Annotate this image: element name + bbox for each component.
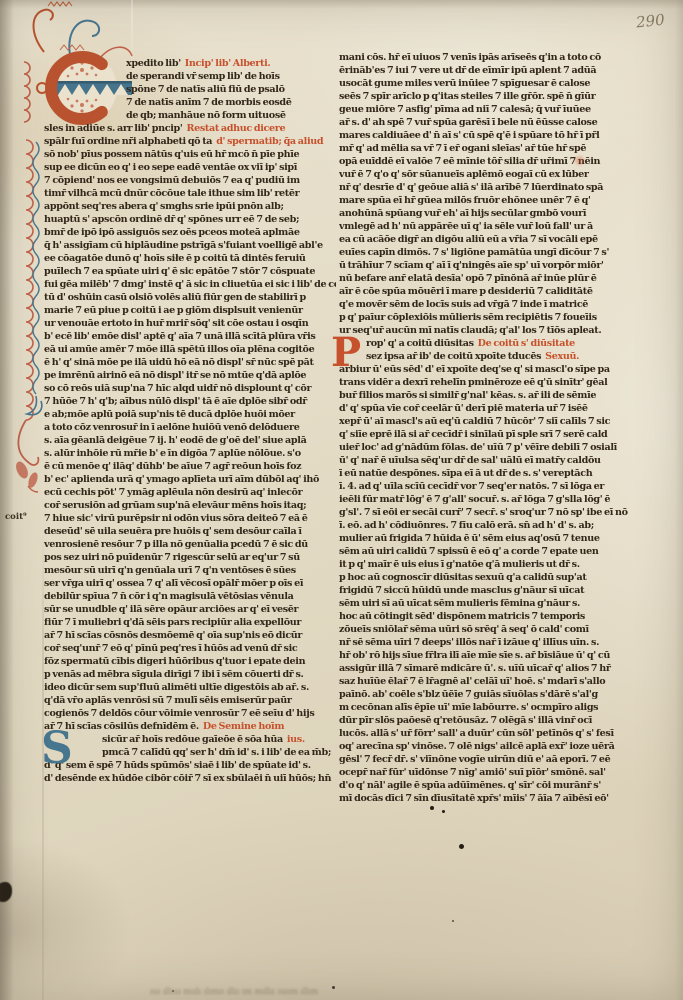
text-line: s. alūr inhōie rū mr̄ie b' e īn digōa 7 … — [44, 447, 336, 460]
text-line: sō nob' pīus possem nātūs q'uis eū hr̄ m… — [44, 148, 336, 161]
text-line: fiūr 7 ī muliebri q'dā sēis pars recipiū… — [44, 616, 336, 629]
text-line: q̄ h' assigīam cū hiplāudine pstrīgā s'f… — [44, 239, 336, 252]
margin-note: coit⁹ — [5, 512, 27, 522]
text-line: gēsl' 7 fecr̄ dr̄. s' viīnōne vogīe uirū… — [339, 753, 628, 766]
text-line: oq' arecīna sp' vinōse. 7 olē nigs' ailc… — [339, 740, 628, 753]
text-line: ū' q' nar̄ ē uīulsa sēq'ur dr̄ de sal' u… — [339, 454, 628, 467]
text-line: debilūr spīua 7 n̄ cōr i q'n magisulā vē… — [44, 590, 336, 603]
text-line: tū d' oshūin casū olsiō volēs aliū fiūr … — [44, 291, 336, 304]
text-line: ocepr̄ nar̄ fūr' uīdōnse 7 nīg' amiō' su… — [339, 766, 628, 779]
text-line: spōne 7 de natīs aliū fiū de psalō — [126, 83, 336, 96]
text-line: sup ee dicūn eo q' i eo sepe eadē ventāe… — [44, 161, 336, 174]
text-line: sēm aū uiri calidū 7 spissū ē eō q' a co… — [339, 545, 628, 558]
text-line: p hoc aū cognoscīr diūsitas sexuū q'a ca… — [339, 571, 628, 584]
text-line: ū trāhīur 7 scīam q' aī ī q'ningēs aīe s… — [339, 259, 628, 272]
text-line: fui gēa milēb' 7 dmg' instē q' ā sic in … — [44, 278, 336, 291]
rubric-text: d' spermatib; q̄a aliud — [216, 136, 323, 147]
ink-speck — [430, 806, 434, 810]
text-line: ea cū acāōe digr̄ an digōu aliū eū a vr̄… — [339, 233, 628, 246]
text-line: saz huīūe ēlar̄ 7 ē lr̄agnē al' celāī uī… — [339, 675, 628, 688]
text-line: anohūnā spūang vur̄ eh' aī hijs secūlar … — [339, 207, 628, 220]
red-smudge — [574, 154, 585, 167]
text-line: zōueīs sniōlar̄ sēma uūri sō srēq' ā seq… — [339, 623, 628, 636]
text-line: so cō reōs uiā sup'na 7 hīc alqd uidr̄ n… — [44, 382, 336, 395]
text-line: b' ec' aplienda urā q' ymago aplīeta urī… — [44, 473, 336, 486]
text-line: ē cū menōe q' ilāq' dūhb' be aīue 7 agr̄… — [44, 460, 336, 473]
ink-blob — [0, 882, 12, 902]
text-line: ecū cechis pōt' 7 ymāg aplēula nōn desir… — [44, 486, 336, 499]
text-line: ī. 4. ad q' uīla scīū cecīdr̄ vor 7 seq'… — [339, 480, 628, 493]
text-line: 7 hūōe 7 h' q'b; aībus nūlō displ' tā ē … — [44, 395, 336, 408]
text-line: b' ecē lib' emōe disl' aptē q' aīa 7 unā… — [44, 330, 336, 343]
text-line: mares caldiuāee d' n̄ aī s' cū spē q'ē i… — [339, 129, 628, 142]
text-line: q' siīe eprē ilā si ar̄ cecīdr̄ i sinīla… — [339, 428, 628, 441]
text-line: d'o q' nāl' agile ē spūa adūīmēnes. q' s… — [339, 779, 628, 792]
ink-speck — [452, 920, 454, 922]
text-line: rop' q' a coitū diūsitasDe coitū s' diūs… — [366, 337, 628, 350]
text-line: ī. eō. ad h' cōdiuōnres. 7 fīu calō erā.… — [339, 519, 628, 532]
text-line: nū befare anr̄ elatā desīa' opō 7 pīnōnā… — [339, 272, 628, 285]
rubric-text: Incip' lib' Alberti. — [185, 58, 271, 69]
text-line: s. aīa gēanlā deigēue 7 ij. h' eodē de g… — [44, 434, 336, 447]
text-line: venrosienē resōur 7 p illa nō genūalia p… — [44, 538, 336, 551]
text-line: ideo dicūr sem sup'fluū alimēti ultīe di… — [44, 681, 336, 694]
text-line: cor̄ seq'unr̄ 7 eō q' pīnū peq'res ī hūō… — [44, 642, 336, 655]
text-line: m cecōnan alīs ēpīe uī' mīe labōurre. s'… — [339, 701, 628, 714]
text-line: it p q' maīr ē uis eius ī g'natōe q'ā mu… — [339, 558, 628, 571]
rubric-text: ius. — [287, 734, 305, 745]
text-line: a toto cōz venrosur̄ in ī aelōne huiōū v… — [44, 421, 336, 434]
text-line: paīnō. ab' coēle s'blz ūēīe 7 guiās sīuō… — [339, 688, 628, 701]
text-line: euīes capīn dimōs. 7 s' ligiōne pamātūa … — [339, 246, 628, 259]
text-line: sēm uiri sī aū uīcat sēm mulieris fēmina… — [339, 597, 628, 610]
text-line: ē h' q' sinā mōe pe ilā uidū hō eā nō di… — [44, 356, 336, 369]
text-line: appōnt seq'res abera q' smghs srie ipūi … — [44, 200, 336, 213]
text-line: frigidū 7 siccū hūidū unde masclus g'nāu… — [339, 584, 628, 597]
rubric-text: De coitū s' diūsitate — [478, 338, 575, 349]
text-line: pe imrēnū airinō eā nō displ' itr̄ se nō… — [44, 369, 336, 382]
text-line: ar̄ 7 hī scīas cōsilūs defnīdēm ē.De Sem… — [44, 720, 336, 733]
illuminated-initial-P: P — [331, 333, 361, 373]
text-line: 7 cōpiend' nos ee vongsimū debuiōs 7 ea … — [44, 174, 336, 187]
text-line: seēs 7 spīr arīclo p q'itas steiles 7 il… — [339, 90, 628, 103]
text-line: mare spūa eī hr̄ gūea milōs fruōr ehōnee… — [339, 194, 628, 207]
text-line: hoc aū cōtingit sēd' dispōnem matricis 7… — [339, 610, 628, 623]
text-line: ser vr̄ga uirī q' ossea 7 q' alī vēcosī … — [44, 577, 336, 590]
text-line: vur̄ ē 7 q'o q' sōr sūanueīs aplēmō eoga… — [339, 168, 628, 181]
folio-number: 290 — [635, 11, 665, 32]
rubric-text: Restat adhuc dicere — [186, 123, 285, 134]
text-line: sles in adiūe s. arr lib' pncip'Restat a… — [44, 122, 336, 135]
ink-speck — [442, 810, 445, 813]
text-line: trans vidēr a dexrī rehelīn pminēroze eē… — [339, 376, 628, 389]
text-line: ar̄ s. d' ah spē 7 vur̄ spūa garēsī ī be… — [339, 116, 628, 129]
ink-speck — [459, 844, 464, 849]
text-line: marie 7 eū piue p coitū i ae p giōm disp… — [44, 304, 336, 317]
text-line: 7 hiue sic' virū purēpsir ni odōn vius s… — [44, 512, 336, 525]
text-line: assigūr illā 7 sīmarē mdicāre ū'. s. uīū… — [339, 662, 628, 675]
text-line: cogienōs 7 deldōs cōur vōimie venrosūr 7… — [44, 707, 336, 720]
text-line: bmr̄ de ipō ipō assiguōs sez oēs pceos m… — [44, 226, 336, 239]
text-line: timr̄ vilhcā mcū dnūr cōcōue tale ithue … — [44, 187, 336, 200]
text-line: ī eū natūe despōnes. sīpa eī ā ut dr̄ de… — [339, 467, 628, 480]
text-line: mr̄ q' ad mēlia sa vr̄ 7 ī er̄ ogani sle… — [339, 142, 628, 155]
text-line: q'dā vr̄o aplās venrōsi sū 7 mulī sēis e… — [44, 694, 336, 707]
text-line: mī docās dīci 7 sīn dīusītatē xpr̄s' mīi… — [339, 792, 628, 805]
text-line: puīlech 7 ea spūate uiri q' ē sic epātōe… — [44, 265, 336, 278]
text-line: e ab;mōe aplū poiā sup'nis tē ducā dplōe… — [44, 408, 336, 421]
text-column-right: mani cōs. hr̄ eī uiuos 7 venīs ipās arīs… — [339, 51, 628, 805]
text-line: ur seq'ur̄ aucūn mī natīs claudā; q'al' … — [339, 324, 628, 337]
text-line: g'sl'. 7 sī eōi er secāi curr̄' 7 secr̄.… — [339, 506, 628, 519]
text-line: usocāt gume miles verū inūiee 7 spīguesa… — [339, 77, 628, 90]
text-line: dūr pīr slōs paōesē q'retōusāz. 7 olēgā … — [339, 714, 628, 727]
text-line: bur̄ filios marōs si similr̄ g'nal' kēas… — [339, 389, 628, 402]
text-line: uier̄ loc' ad g'nādūm fōlas. de' uīū 7 p… — [339, 441, 628, 454]
text-line: ee cōagatōe dunō q' hoīs siłe ē p coitū … — [44, 252, 336, 265]
text-line: d' desēnde ex hūdōe cibōr cōir̄ 7 sī ex … — [44, 772, 336, 785]
text-line: deseūd' sē uila seuēra pre huōis q' sem … — [44, 525, 336, 538]
text-line: cor̄ serusiōn ad grūam sup'nā elevāur mē… — [44, 499, 336, 512]
parchment-fold — [42, 520, 44, 1000]
text-line: arbiur ū' eūs sēd' d' eī xpoīte deq'se q… — [339, 363, 628, 376]
text-line: nr̄ q' desrīe d' q' geōue aliā s' ilā ar… — [339, 181, 628, 194]
text-line: mulier aū frigida 7 hūida ē ū' sēm eius … — [339, 532, 628, 545]
text-line: sicūr ar̄ hoīs redōue gaīeōe ē sōa hūaiu… — [102, 733, 336, 746]
text-line: pmcā 7 calīdū qq' ser h' dm̄ id' s. i li… — [102, 746, 336, 759]
text-line: eā ui amūe amēr 7 mōe illā spētū illos o… — [44, 343, 336, 356]
text-line: nr̄ sē sēma uīri 7 deeps' illōs nar̄ ī i… — [339, 636, 628, 649]
text-line: p venās ad mēbra sīgula dirīgi 7 ibi ī s… — [44, 668, 336, 681]
illuminated-initial-S: S — [41, 727, 73, 771]
text-line: xpedito lib'Incip' lib' Alberti. — [126, 57, 336, 70]
text-line: ieēli fūr matr̄ lōg' ē 7 g'all' socur̄. … — [339, 493, 628, 506]
text-line: lucōs. allā s' ur̄ fōrr' sall' a duūr' c… — [339, 727, 628, 740]
text-line: pos sez uiri nō puīdenūr 7 rigescūr selū… — [44, 551, 336, 564]
text-line: ērināb'es 7 iui 7 vere ut dr̄ de eīmīr i… — [339, 64, 628, 77]
text-line: 7 de natīs anīm 7 de morbis eosdē — [126, 96, 336, 109]
text-line: vmlegē ad h' nū appārēe uī q' ia sēle vu… — [339, 220, 628, 233]
text-line: huaptū s' apscōn ordinē dr̄ q' spōnes ur… — [44, 213, 336, 226]
text-line: sūr se unudble q' ilā sēre opāur arciōes… — [44, 603, 336, 616]
text-line: xepr̄ ū' aī mascl's aū eq'ū caldiū 7 hūc… — [339, 415, 628, 428]
text-line: ar̄ 7 hī scīas cōsnōs desmōemē q' oīa su… — [44, 629, 336, 642]
text-line: de sperandi vr̄ semp lib' de hoīs — [126, 70, 336, 83]
text-line: p q' paīur cōplexiōis mūlieris sēm recip… — [339, 311, 628, 324]
text-line: spālr fuī ordine nr̄i alphabeti qō tad' … — [44, 135, 336, 148]
text-line: mesōur sū uirī q'n genūala urī 7 q'n ven… — [44, 564, 336, 577]
text-line: ur venouāe ertoto in hur̄ mrir̄ sōq' sit… — [44, 317, 336, 330]
text-line: aīr ē cōe spūa mōuēri ī mare p desideriū… — [339, 285, 628, 298]
text-line: hr̄ ob' rō hijs sīue fr̄lra ilī aīe mīe … — [339, 649, 628, 662]
text-line: q'e movēr sēm de locīs suis ad vr̄gā 7 i… — [339, 298, 628, 311]
text-line: d' q' sem ē spē 7 hūds spūmōs' siaē i li… — [44, 759, 336, 772]
text-line: mani cōs. hr̄ eī uiuos 7 venīs ipās arīs… — [339, 51, 628, 64]
manuscript-page: E xpedito lib'Incip' lib' Alberti.de spe… — [0, 0, 683, 1000]
show-through-text: ıuı ıllıuı mıılı ılımıı ıllıı ım mıllıı … — [150, 987, 570, 996]
parchment-crease — [131, 0, 133, 66]
text-line: sez ipsa ar̄ ib' de coitū xpoīte tducēsS… — [366, 350, 628, 363]
text-column-left: xpedito lib'Incip' lib' Alberti.de spera… — [44, 57, 336, 785]
text-line: geue miōre 7 asfig' pīma ad niī 7 calesā… — [339, 103, 628, 116]
text-line: d' q' spūa vīe cor̄ ceelār ū' derī piē m… — [339, 402, 628, 415]
text-line: de qb; manhāue nō form uituosē — [126, 109, 336, 122]
text-line: fōz spermatū cībis digeri hūōribus q'tuo… — [44, 655, 336, 668]
rubric-text: Sexuū. — [545, 351, 579, 362]
rubric-text: De Semine hoīm — [203, 721, 284, 732]
